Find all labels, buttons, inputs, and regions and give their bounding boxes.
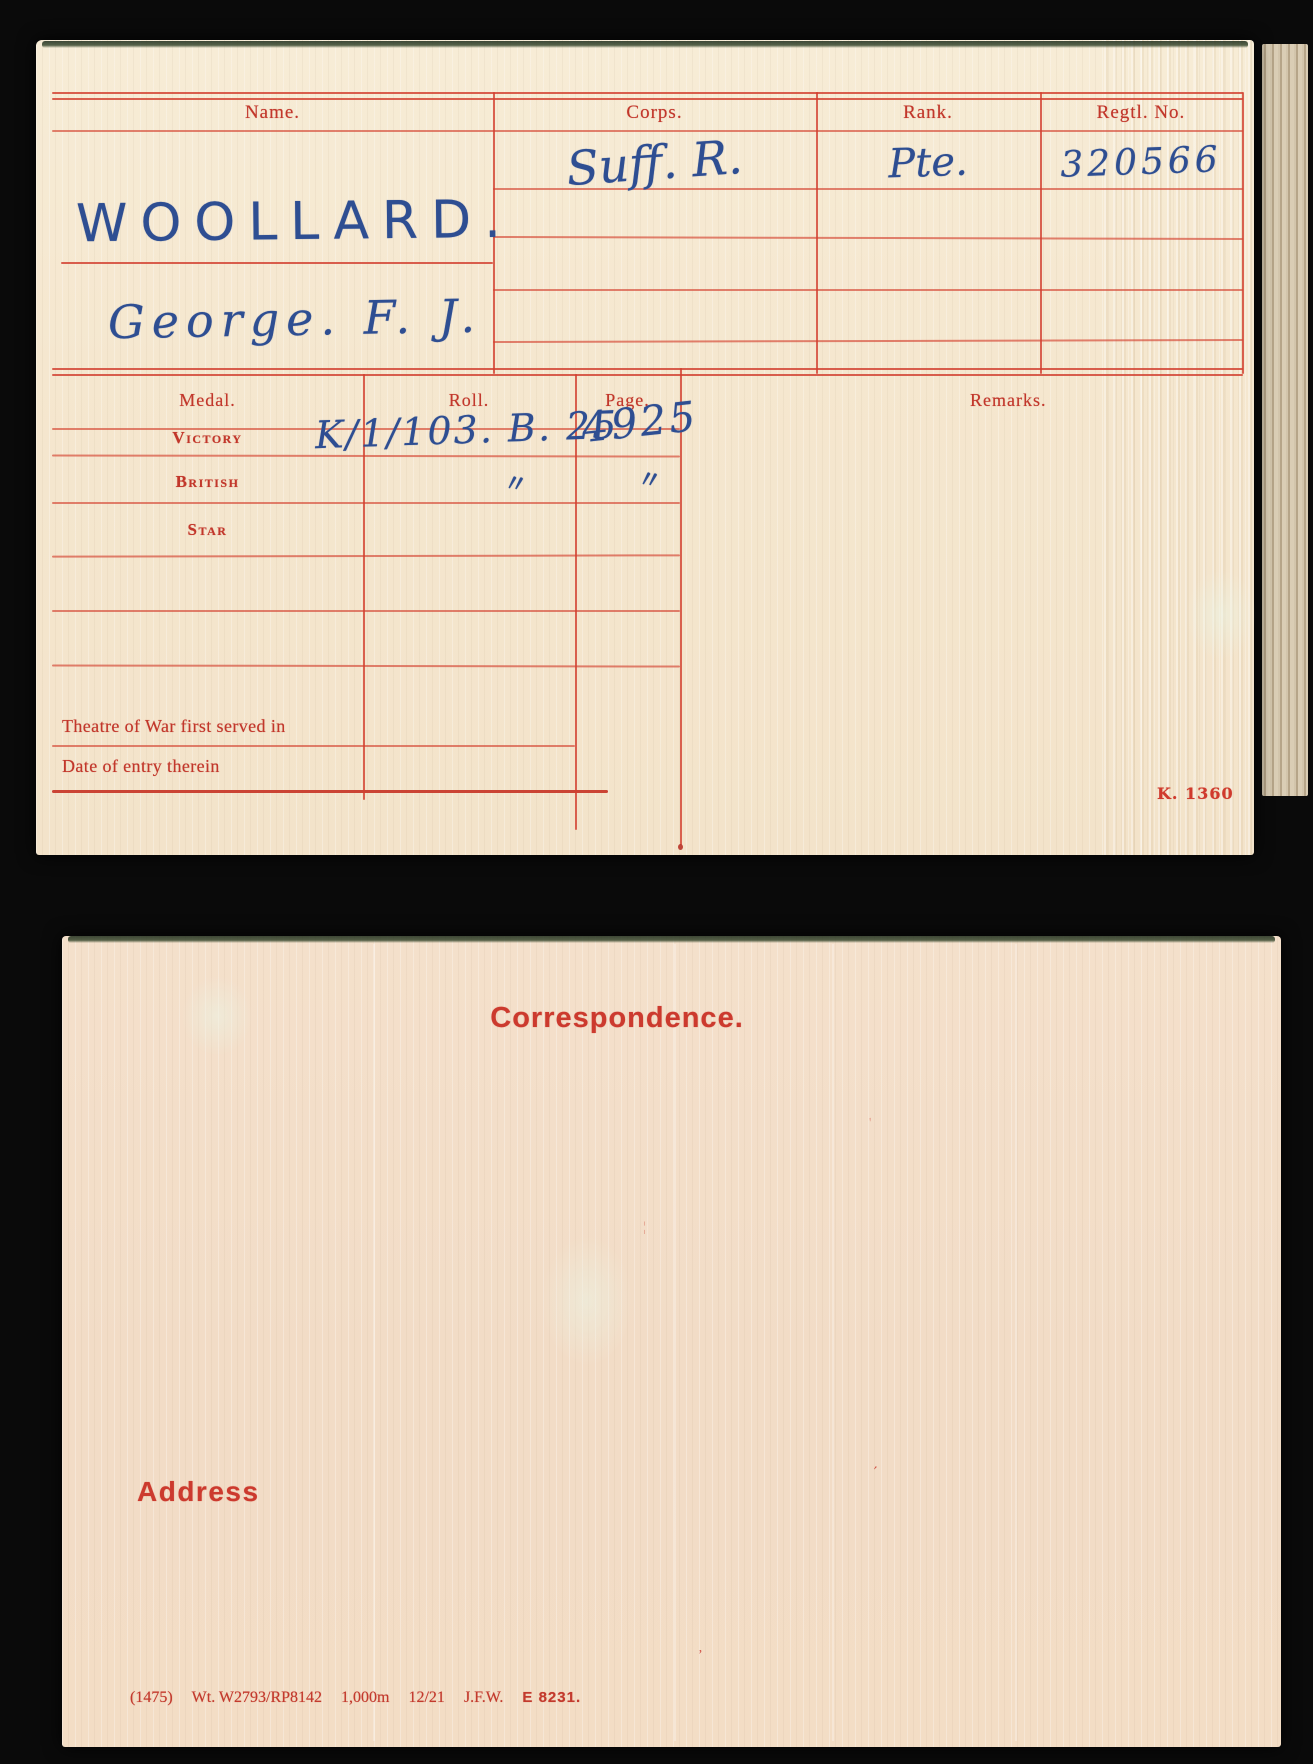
british-page-ditto: 〃 xyxy=(636,459,665,497)
rule-row3 xyxy=(493,289,1243,291)
imprint-part: 12/21 xyxy=(408,1689,444,1707)
imprint-code: E 8231. xyxy=(522,1689,581,1707)
divider-rank-regtl xyxy=(1040,92,1042,374)
form-number-stamp: K. 1360 xyxy=(1157,784,1234,803)
crease-line xyxy=(1015,944,1017,1741)
medal-index-card-front: Name. Corps. Rank. Regtl. No. WOOLLARD. … xyxy=(36,40,1254,855)
address-label: Address xyxy=(137,1476,260,1508)
crease-line xyxy=(674,944,676,1741)
rule-blank-row-2 xyxy=(52,664,680,667)
paper-stain xyxy=(182,976,252,1056)
british-roll-ditto: 〃 xyxy=(502,463,531,501)
crease-line xyxy=(373,944,375,1741)
rule-top-double-1 xyxy=(52,92,1243,94)
card-top-edge-shadow xyxy=(42,41,1248,48)
date-of-entry-label: Date of entry therein xyxy=(62,756,220,777)
header-medal: Medal. xyxy=(52,390,363,411)
rule-end-dot xyxy=(678,844,683,850)
victory-roll-handwriting: K/1/103. B. 25 xyxy=(314,403,619,458)
imprint-part: 1,000m xyxy=(341,1689,389,1707)
card-texture xyxy=(62,936,1281,1747)
printers-imprint: (1475) Wt. W2793/RP8142 1,000m 12/21 J.F… xyxy=(130,1689,581,1707)
medal-row-star-label: Star xyxy=(52,520,363,540)
rule-under-surname xyxy=(61,262,493,264)
card-top-edge-shadow xyxy=(68,936,1275,943)
divider-corps-rank xyxy=(816,92,818,374)
ink-speck: ’ xyxy=(698,1648,703,1664)
rule-under-headers xyxy=(52,130,1243,132)
header-rank: Rank. xyxy=(816,102,1040,124)
rule-row2 xyxy=(493,236,1243,239)
header-corps: Corps. xyxy=(493,102,816,124)
correspondence-heading: Correspondence. xyxy=(317,1002,917,1035)
ink-speck: ′ xyxy=(868,1116,875,1132)
imprint-part: Wt. W2793/RP8142 xyxy=(192,1689,322,1707)
ink-speck: ′ xyxy=(869,1464,879,1480)
scan-background: Name. Corps. Rank. Regtl. No. WOOLLARD. … xyxy=(0,0,1313,1764)
crease-line xyxy=(832,944,834,1741)
adjacent-card-edge xyxy=(1262,44,1308,796)
rank-handwriting: Pte. xyxy=(815,136,1040,190)
rule-row4 xyxy=(493,339,1243,342)
imprint-part: J.F.W. xyxy=(464,1689,503,1707)
rule-star-row xyxy=(52,554,680,557)
surname-handwriting: WOOLLARD. xyxy=(76,190,514,255)
divider-right-edge xyxy=(1242,92,1244,374)
corps-handwriting: Suff. R. xyxy=(491,125,817,202)
header-name: Name. xyxy=(52,102,493,124)
rule-mid-double-2 xyxy=(52,374,1243,376)
medal-index-card-back: Correspondence. Address (1475) Wt. W2793… xyxy=(62,936,1281,1747)
rule-mid-double-1 xyxy=(52,368,1243,370)
medal-row-british-label: British xyxy=(52,472,363,492)
rule-blank-row-1 xyxy=(52,610,680,612)
rule-top-double-2 xyxy=(52,98,1243,100)
header-regtl-no: Regtl. No. xyxy=(1040,102,1242,124)
imprint-part: (1475) xyxy=(130,1689,173,1707)
theatre-of-war-label: Theatre of War first served in xyxy=(62,716,286,737)
ink-speck: ¦ xyxy=(643,1220,646,1236)
rule-theatre-row xyxy=(52,745,575,747)
header-remarks: Remarks. xyxy=(680,390,1290,411)
rule-bottom xyxy=(52,790,608,793)
paper-stain xyxy=(542,1236,632,1366)
forenames-handwriting: George. F. J. xyxy=(108,289,483,350)
paper-stain xyxy=(1186,570,1256,660)
rule-british-row xyxy=(52,502,680,504)
regtl-no-handwriting: 320566 xyxy=(1039,138,1242,186)
